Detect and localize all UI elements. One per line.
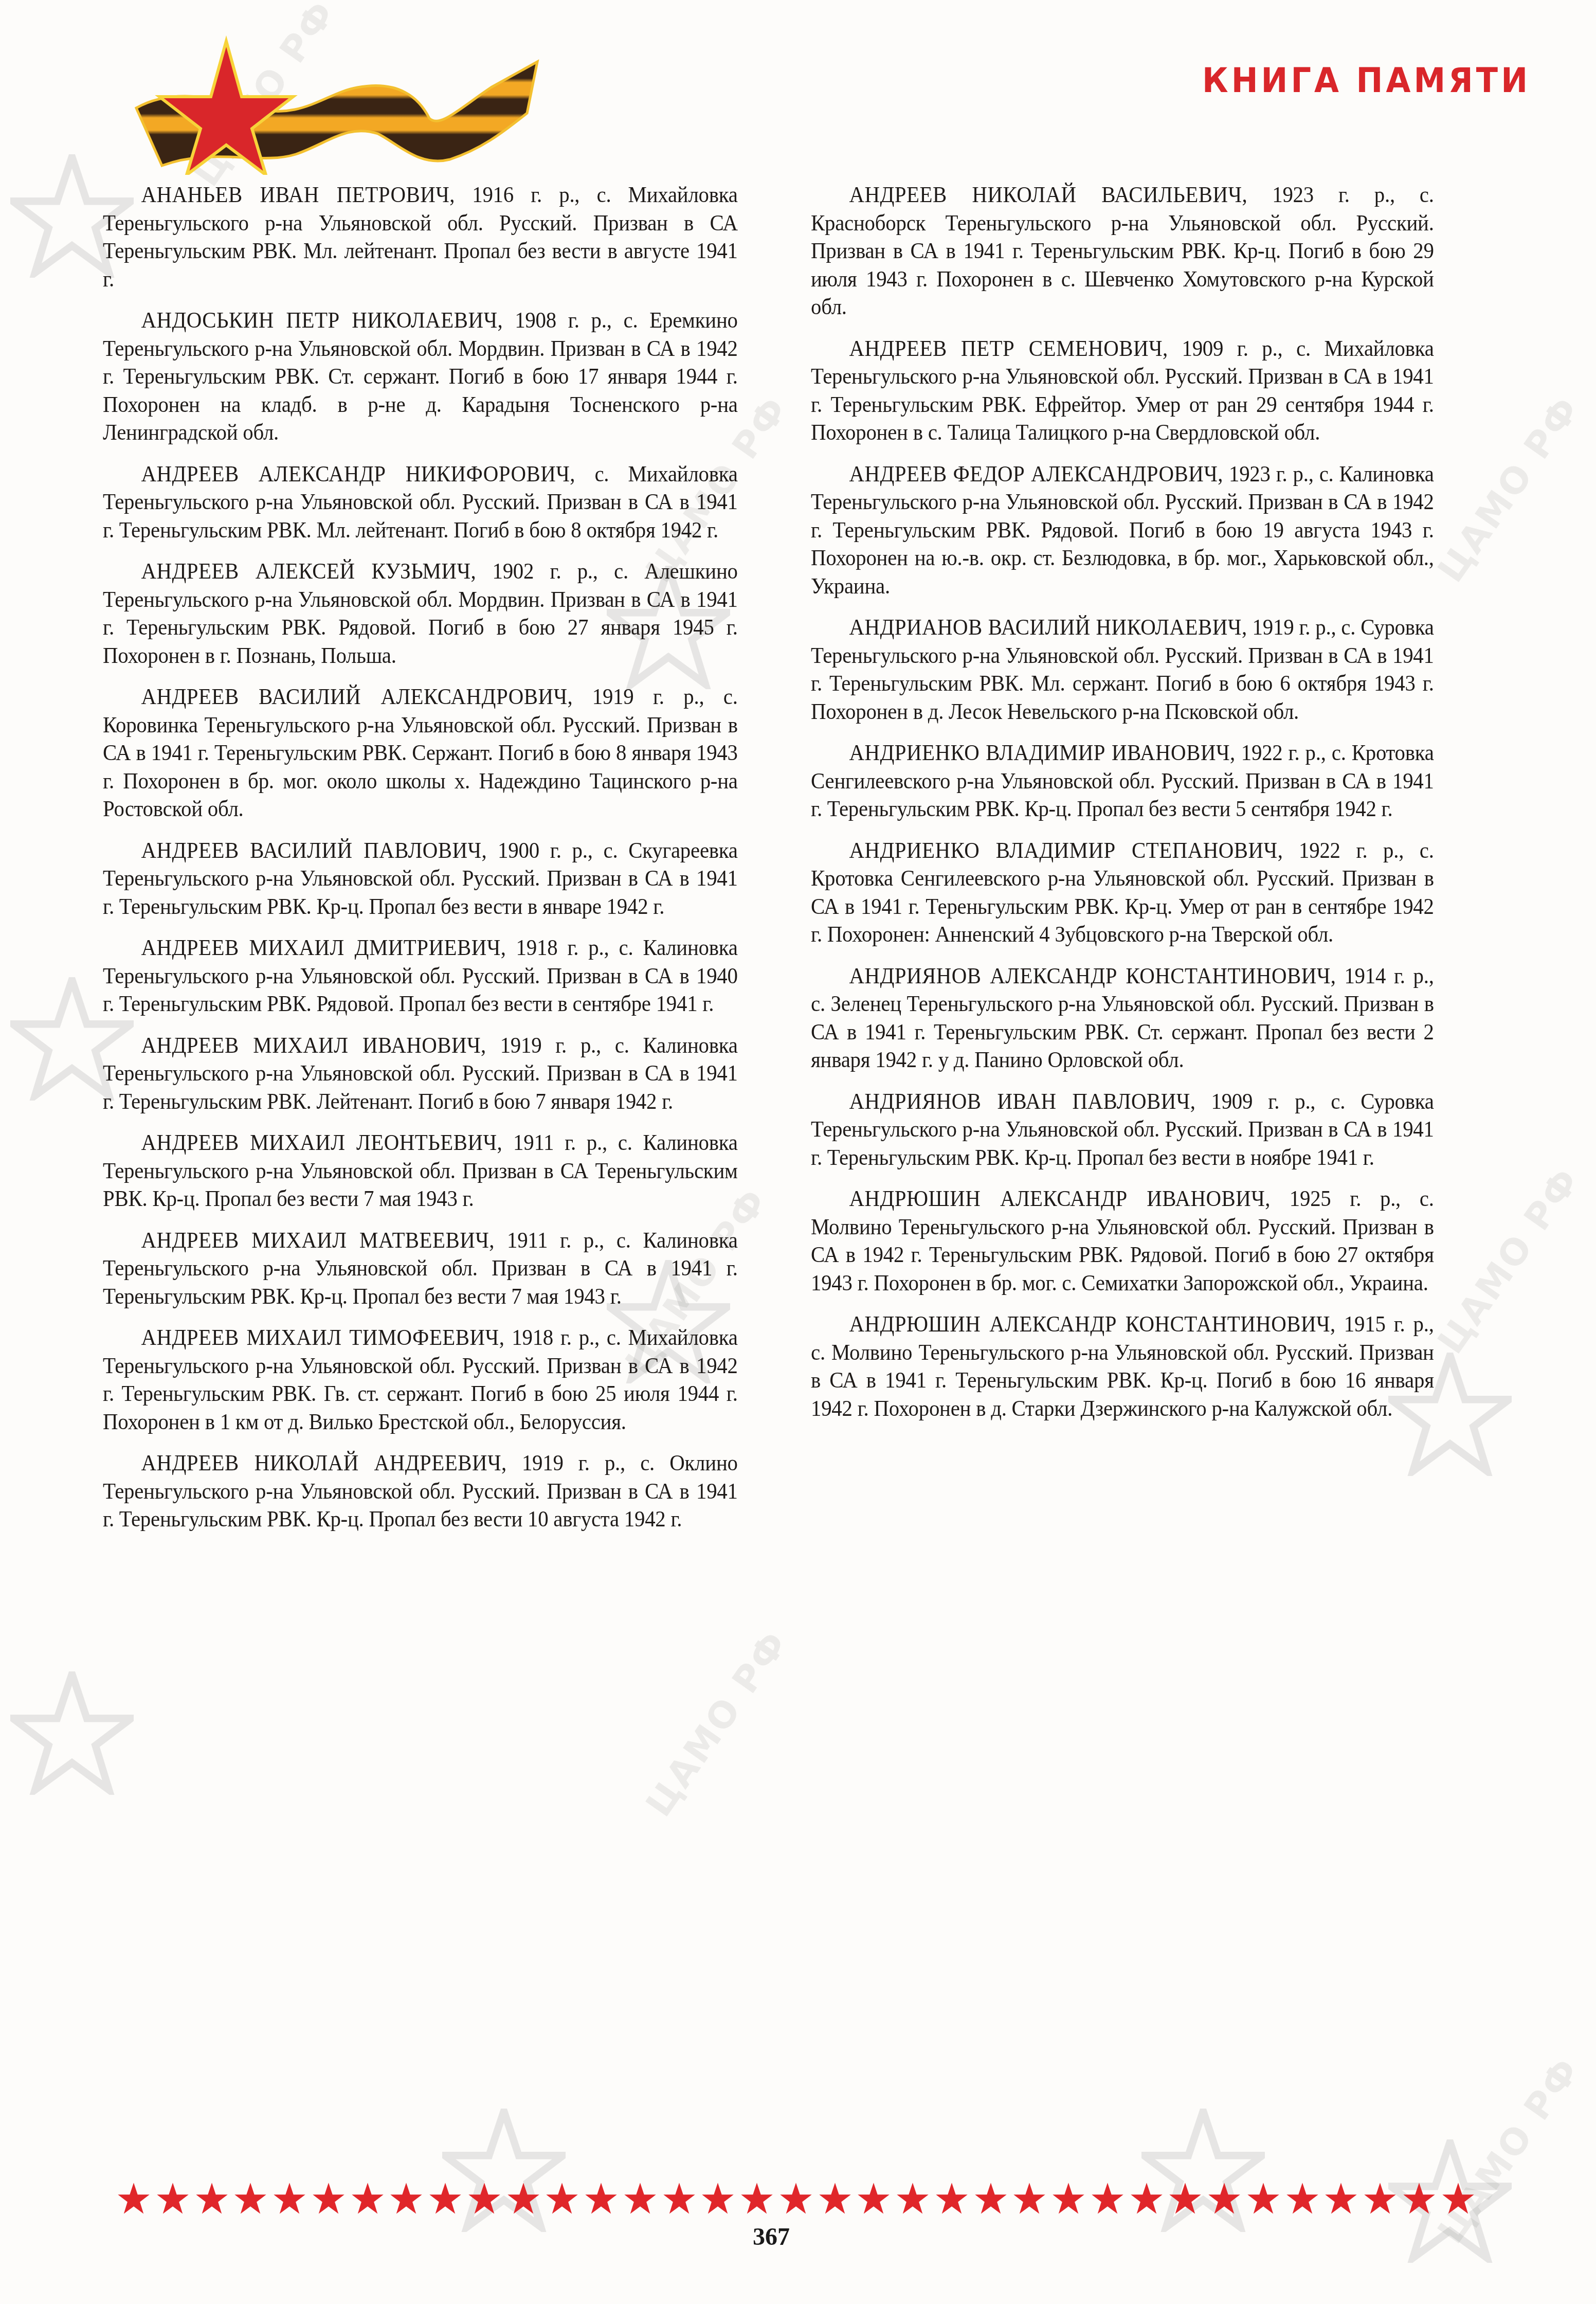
person-name: АНДРЮШИН АЛЕКСАНДР КОНСТАНТИНОВИЧ, [849,1311,1335,1337]
memorial-entry: АНДРЕЕВ ВАСИЛИЙ ПАВЛОВИЧ, 1900 г. р., с.… [103,837,738,921]
red-star-icon [390,2182,423,2215]
watermark-text: ЦАМО РФ [1429,388,1588,590]
red-star-icon [1247,2182,1280,2215]
person-name: АНДРЕЕВ МИХАИЛ ДМИТРИЕВИЧ, [141,935,506,960]
person-name: АНДРИЕНКО ВЛАДИМИР ИВАНОВИЧ, [849,740,1235,765]
memorial-entry: АНДРИЕНКО ВЛАДИМИР СТЕПАНОВИЧ, 1922 г. р… [811,837,1434,949]
red-star-icon [857,2182,890,2215]
red-star-icon [1013,2182,1046,2215]
person-name: АНДРЕЕВ НИКОЛАЙ ВАСИЛЬЕВИЧ, [849,182,1247,207]
person-name: АНДРИАНОВ ВАСИЛИЙ НИКОЛАЕВИЧ, [849,615,1247,640]
red-star-icon [935,2182,968,2215]
memorial-entry: АНДРЕЕВ НИКОЛАЙ ВАСИЛЬЕВИЧ, 1923 г. р., … [811,181,1434,321]
red-star-icon [1286,2182,1319,2215]
memorial-entry: АНДРЕЕВ ВАСИЛИЙ АЛЕКСАНДРОВИЧ, 1919 г. р… [103,683,738,823]
red-star-icon [819,2182,851,2215]
red-star-icon [1364,2182,1396,2215]
red-star-icon [1403,2182,1436,2215]
watermark-text: ЦАМО РФ [1429,1160,1588,1361]
red-star-icon [585,2182,618,2215]
star-border [117,2181,1475,2217]
watermark-star-icon [10,1671,134,1795]
memorial-entry: АНДРЕЕВ МИХАИЛ ЛЕОНТЬЕВИЧ, 1911 г. р., с… [103,1129,738,1213]
red-star-icon [156,2182,189,2215]
red-star-icon [1130,2182,1163,2215]
book-title: КНИГА ПАМЯТИ [1202,61,1531,100]
red-star-icon [624,2182,657,2215]
memorial-entry: АНДРИАНОВ ВАСИЛИЙ НИКОЛАЕВИЧ, 1919 г. р.… [811,614,1434,726]
person-name: АНДРЕЕВ ПЕТР СЕМЕНОВИЧ, [849,336,1168,361]
red-star-icon [234,2182,267,2215]
memorial-entry: АНДРЕЕВ МИХАИЛ МАТВЕЕВИЧ, 1911 г. р., с.… [103,1227,738,1311]
red-star-icon [1052,2182,1085,2215]
person-name: АНДРИЯНОВ ИВАН ПАВЛОВИЧ, [849,1089,1195,1114]
memorial-entry: АНДРИЕНКО ВЛАДИМИР ИВАНОВИЧ, 1922 г. р.,… [811,739,1434,823]
memorial-entry: АНАНЬЕВ ИВАН ПЕТРОВИЧ, 1916 г. р., с. Ми… [103,181,738,293]
memorial-entry: АНДРЮШИН АЛЕКСАНДР КОНСТАНТИНОВИЧ, 1915 … [811,1310,1434,1423]
page-number: 367 [740,2223,802,2251]
red-star-icon [740,2182,773,2215]
person-name: АНДРЕЕВ АЛЕКСЕЙ КУЗЬМИЧ, [141,559,476,584]
memorial-entry: АНДРЕЕВ АЛЕКСАНДР НИКИФОРОВИЧ, с. Михайл… [103,460,738,545]
red-star-icon [195,2182,228,2215]
person-name: АНДРЕЕВ АЛЕКСАНДР НИКИФОРОВИЧ, [141,461,575,487]
red-star-icon [507,2182,540,2215]
person-name: АНАНЬЕВ ИВАН ПЕТРОВИЧ, [141,182,455,207]
red-star-icon [273,2182,306,2215]
red-star-icon [896,2182,929,2215]
left-column: АНАНЬЕВ ИВАН ПЕТРОВИЧ, 1916 г. р., с. Ми… [103,181,738,1547]
st-george-ribbon-emblem-icon [131,31,553,175]
memorial-entry: АНДРИЯНОВ ИВАН ПАВЛОВИЧ, 1909 г. р., с. … [811,1088,1434,1172]
person-name: АНДРЕЕВ ФЕДОР АЛЕКСАНДРОВИЧ, [849,461,1223,487]
memorial-entry: АНДРЮШИН АЛЕКСАНДР ИВАНОВИЧ, 1925 г. р.,… [811,1185,1434,1297]
red-star-icon [1442,2182,1475,2215]
red-star-icon [351,2182,384,2215]
person-name: АНДРЮШИН АЛЕКСАНДР ИВАНОВИЧ, [849,1186,1271,1211]
red-star-icon [546,2182,578,2215]
person-name: АНДРИЕНКО ВЛАДИМИР СТЕПАНОВИЧ, [849,838,1283,863]
memorial-entry: АНДРИЯНОВ АЛЕКСАНДР КОНСТАНТИНОВИЧ, 1914… [811,962,1434,1074]
memorial-entry: АНДОСЬКИН ПЕТР НИКОЛАЕВИЧ, 1908 г. р., с… [103,307,738,447]
red-star-icon [117,2182,150,2215]
person-name: АНДРЕЕВ ВАСИЛИЙ АЛЕКСАНДРОВИЧ, [141,684,573,709]
memorial-entry: АНДРЕЕВ МИХАИЛ ДМИТРИЕВИЧ, 1918 г. р., с… [103,934,738,1018]
red-star-icon [779,2182,812,2215]
red-star-icon [468,2182,501,2215]
person-name: АНДРИЯНОВ АЛЕКСАНДР КОНСТАНТИНОВИЧ, [849,963,1336,988]
person-name: АНДОСЬКИН ПЕТР НИКОЛАЕВИЧ, [141,308,503,333]
red-star-icon [429,2182,462,2215]
red-star-icon [1325,2182,1357,2215]
memorial-entry: АНДРЕЕВ АЛЕКСЕЙ КУЗЬМИЧ, 1902 г. р., с. … [103,557,738,670]
person-name: АНДРЕЕВ МИХАИЛ ИВАНОВИЧ, [141,1033,486,1058]
red-star-icon [701,2182,734,2215]
red-star-icon [663,2182,696,2215]
red-star-icon [974,2182,1007,2215]
memorial-entry: АНДРЕЕВ ПЕТР СЕМЕНОВИЧ, 1909 г. р., с. М… [811,335,1434,447]
red-star-icon [1169,2182,1202,2215]
person-name: АНДРЕЕВ ВАСИЛИЙ ПАВЛОВИЧ, [141,838,487,863]
memorial-entry: АНДРЕЕВ МИХАИЛ ТИМОФЕЕВИЧ, 1918 г. р., с… [103,1324,738,1436]
book-page: ЦАМО РФЦАМО РФЦАМО РФЦАМО РФЦАМО РФЦАМО … [0,0,1596,2304]
memorial-entry: АНДРЕЕВ ФЕДОР АЛЕКСАНДРОВИЧ, 1923 г. р.,… [811,460,1434,601]
person-name: АНДРЕЕВ МИХАИЛ ЛЕОНТЬЕВИЧ, [141,1130,502,1155]
red-star-icon [312,2182,345,2215]
person-name: АНДРЕЕВ МИХАИЛ МАТВЕЕВИЧ, [141,1228,495,1253]
memorial-entry: АНДРЕЕВ МИХАИЛ ИВАНОВИЧ, 1919 г. р., с. … [103,1032,738,1116]
person-name: АНДРЕЕВ НИКОЛАЙ АНДРЕЕВИЧ, [141,1450,506,1475]
watermark-text: ЦАМО РФ [1429,2049,1588,2251]
red-star-icon [1091,2182,1124,2215]
memorial-entry: АНДРЕЕВ НИКОЛАЙ АНДРЕЕВИЧ, 1919 г. р., с… [103,1449,738,1534]
red-star-icon [1208,2182,1241,2215]
right-column: АНДРЕЕВ НИКОЛАЙ ВАСИЛЬЕВИЧ, 1923 г. р., … [811,181,1434,1436]
person-name: АНДРЕЕВ МИХАИЛ ТИМОФЕЕВИЧ, [141,1325,504,1350]
watermark-text: ЦАМО РФ [638,1623,796,1824]
